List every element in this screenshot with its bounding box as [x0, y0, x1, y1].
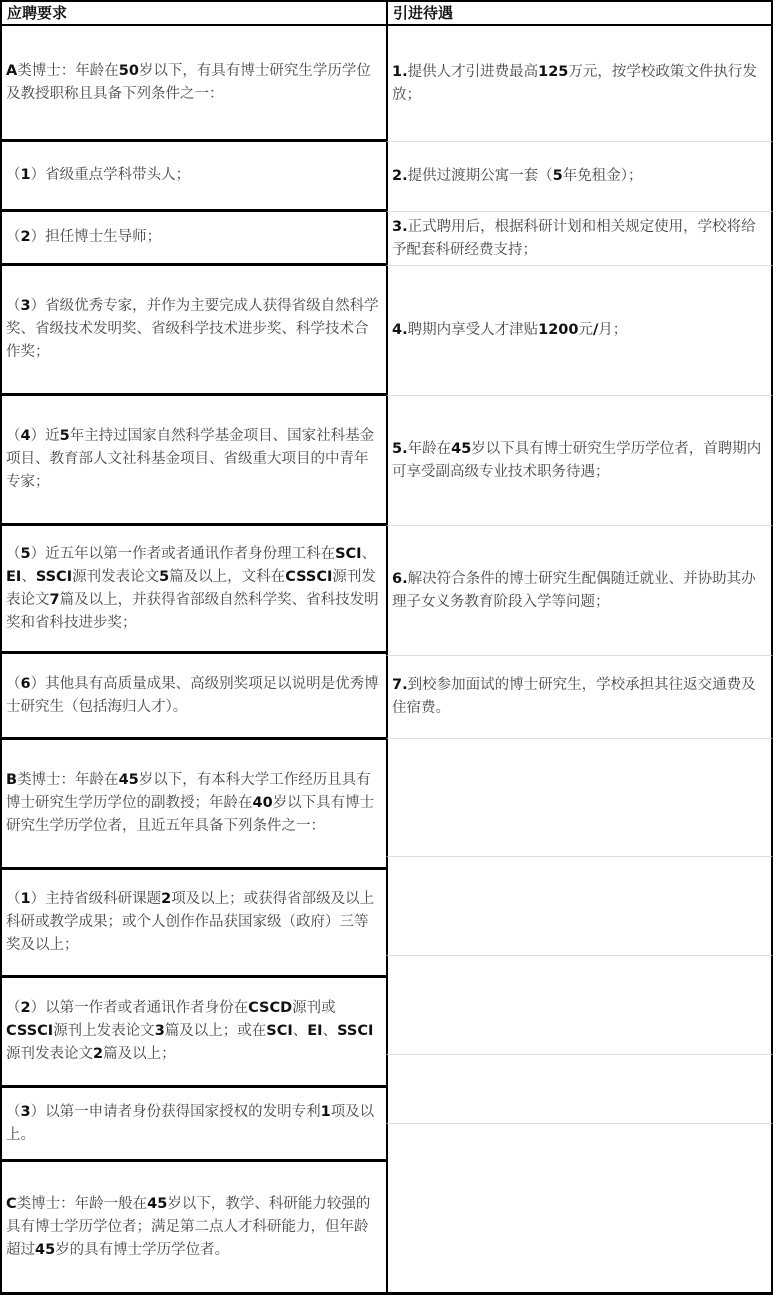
benefit-cell: [386, 956, 773, 1055]
benefit-text: 7.到校参加面试的博士研究生，学校承担其往返交通费及住宿费。: [392, 674, 767, 720]
benefit-cell: 1.提供人才引进费最高125万元，按学校政策文件执行发放；: [386, 26, 773, 142]
requirement-cell: B类博士：年龄在45岁以下，有本科大学工作经历且具有博士研究生学历学位的副教授；…: [0, 740, 388, 870]
requirement-cell: （2）担任博士生导师；: [0, 212, 388, 266]
requirement-text: （4）近5年主持过国家自然科学基金项目、国家社科基金项目、教育部人文社科基金项目…: [6, 425, 382, 494]
requirement-text: （3）省级优秀专家，并作为主要完成人获得省级自然科学奖、省级技术发明奖、省级科学…: [6, 295, 382, 364]
benefit-cell: 6.解决符合条件的博士研究生配偶随迁就业、并协助其办理子女义务教育阶段入学等问题…: [386, 526, 773, 656]
benefit-cell: [386, 739, 773, 857]
requirement-text: （6）其他具有高质量成果、高级别奖项足以说明是优秀博士研究生（包括海归人才）。: [6, 673, 382, 719]
benefit-cell: [386, 1124, 773, 1295]
benefit-text: 4.聘期内享受人才津贴1200元/月；: [392, 319, 627, 342]
requirement-text: （2）担任博士生导师；: [6, 226, 161, 249]
benefit-text: 1.提供人才引进费最高125万元，按学校政策文件执行发放；: [392, 61, 767, 107]
requirement-cell: （1）主持省级科研课题2项及以上；或获得省部级及以上科研或教学成果；或个人创作作…: [0, 870, 388, 978]
requirement-text: B类博士：年龄在45岁以下，有本科大学工作经历且具有博士研究生学历学位的副教授；…: [6, 769, 382, 838]
requirement-cell: （3）以第一申请者身份获得国家授权的发明专利1项及以上。: [0, 1088, 388, 1162]
requirement-cell: （1）省级重点学科带头人；: [0, 142, 388, 212]
requirement-text: （2）以第一作者或者通讯作者身份在CSCD源刊或CSSCI源刊上发表论文3篇及以…: [6, 997, 382, 1066]
requirement-cell: A类博士：年龄在50岁以下，有具有博士研究生学历学位及教授职称且具备下列条件之一…: [0, 26, 388, 142]
requirement-cell: （5）近五年以第一作者或者通讯作者身份理工科在SCI、EI、SSCI源刊发表论文…: [0, 526, 388, 654]
requirement-text: C类博士：年龄一般在45岁以下，教学、科研能力较强的具有博士学历学位者；满足第二…: [6, 1193, 382, 1262]
recruitment-table: 应聘要求 A类博士：年龄在50岁以下，有具有博士研究生学历学位及教授职称且具备下…: [0, 0, 773, 1295]
benefit-text: 3.正式聘用后，根据科研计划和相关规定使用，学校将给予配套科研经费支持；: [392, 216, 767, 262]
requirement-text: A类博士：年龄在50岁以下，有具有博士研究生学历学位及教授职称且具备下列条件之一…: [6, 60, 382, 106]
benefit-text: 2.提供过渡期公寓一套（5年免租金）；: [392, 165, 642, 188]
requirement-cell: （3）省级优秀专家，并作为主要完成人获得省级自然科学奖、省级技术发明奖、省级科学…: [0, 266, 388, 396]
requirement-text: （5）近五年以第一作者或者通讯作者身份理工科在SCI、EI、SSCI源刊发表论文…: [6, 543, 382, 635]
header-requirements: 应聘要求: [0, 0, 388, 26]
requirement-text: （1）主持省级科研课题2项及以上；或获得省部级及以上科研或教学成果；或个人创作作…: [6, 888, 382, 957]
benefit-cell: 4.聘期内享受人才津贴1200元/月；: [386, 266, 773, 396]
requirement-cell: （4）近5年主持过国家自然科学基金项目、国家社科基金项目、教育部人文社科基金项目…: [0, 396, 388, 526]
benefit-cell: 5.年龄在45岁以下具有博士研究生学历学位者，首聘期内可享受副高级专业技术职务待…: [386, 396, 773, 526]
benefit-cell: 7.到校参加面试的博士研究生，学校承担其往返交通费及住宿费。: [386, 656, 773, 739]
benefit-cell: 3.正式聘用后，根据科研计划和相关规定使用，学校将给予配套科研经费支持；: [386, 212, 773, 266]
requirement-cell: C类博士：年龄一般在45岁以下，教学、科研能力较强的具有博士学历学位者；满足第二…: [0, 1162, 388, 1295]
benefit-cell: [386, 857, 773, 956]
benefit-text: 5.年龄在45岁以下具有博士研究生学历学位者，首聘期内可享受副高级专业技术职务待…: [392, 438, 767, 484]
requirement-text: （1）省级重点学科带头人；: [6, 164, 190, 187]
benefit-cell: 2.提供过渡期公寓一套（5年免租金）；: [386, 142, 773, 212]
benefit-text: 6.解决符合条件的博士研究生配偶随迁就业、并协助其办理子女义务教育阶段入学等问题…: [392, 568, 767, 614]
requirement-cell: （6）其他具有高质量成果、高级别奖项足以说明是优秀博士研究生（包括海归人才）。: [0, 654, 388, 740]
requirement-text: （3）以第一申请者身份获得国家授权的发明专利1项及以上。: [6, 1101, 382, 1147]
requirement-cell: （2）以第一作者或者通讯作者身份在CSCD源刊或CSSCI源刊上发表论文3篇及以…: [0, 978, 388, 1088]
header-benefits: 引进待遇: [386, 0, 773, 26]
benefit-cell: [386, 1055, 773, 1124]
